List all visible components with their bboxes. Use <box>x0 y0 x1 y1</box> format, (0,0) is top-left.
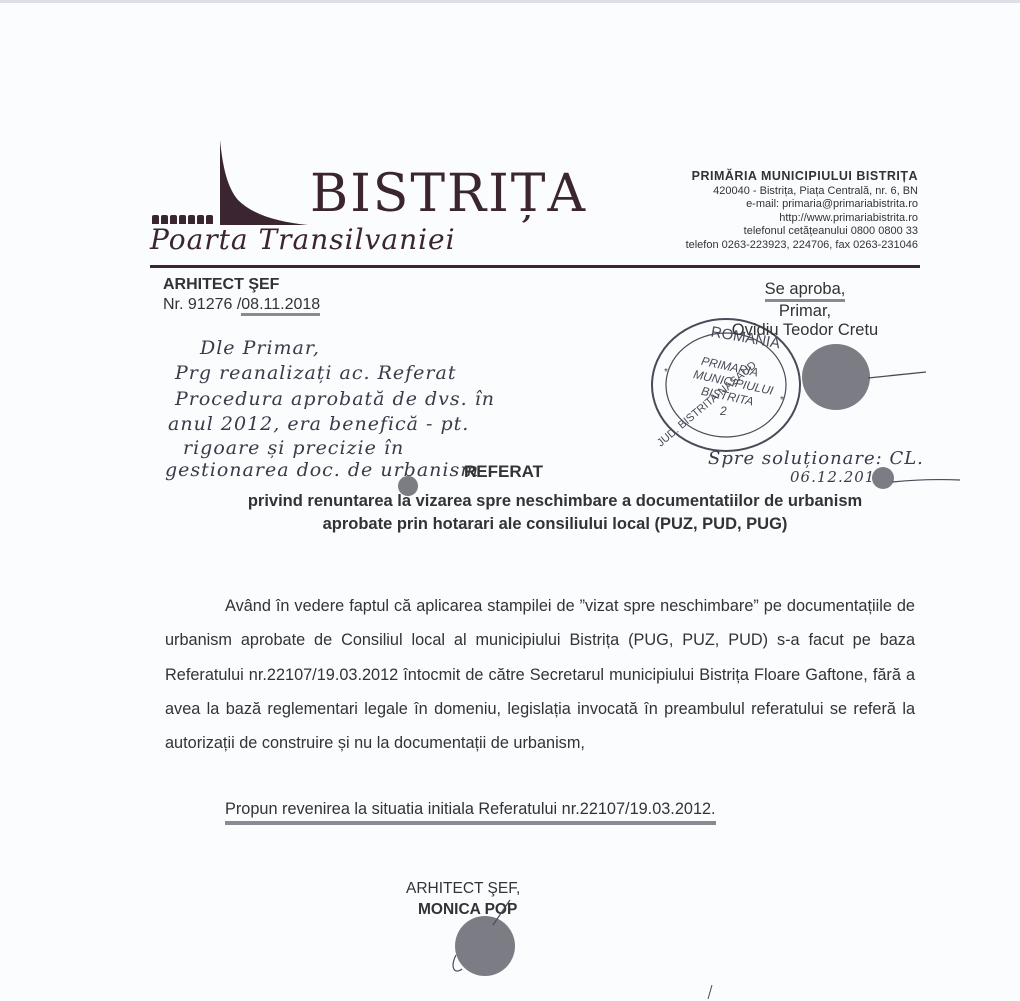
signature-stroke-icon <box>892 472 962 492</box>
subject-line: aprobate prin hotarari ale consiliului l… <box>160 513 950 536</box>
signature-stroke-icon <box>448 895 528 975</box>
citizen-phone: telefonul cetățeanului 0800 0800 33 <box>686 225 918 239</box>
svg-text:*: * <box>780 395 784 406</box>
reg-date: 08.11.2018 <box>241 296 320 316</box>
handwritten-line: Dle Primar, <box>200 337 320 359</box>
website: http://www.primariabistrita.ro <box>686 212 918 226</box>
institution-name: PRIMĂRIA MUNICIPIULUI BISTRIȚA <box>686 170 918 184</box>
redacted-initials <box>872 467 894 489</box>
logo-title: BISTRIȚA <box>310 168 587 220</box>
signature-stroke-icon <box>868 360 928 390</box>
approval-label: Se aproba, <box>765 280 846 302</box>
paragraph-text: Având în vedere faptul că aplicarea stam… <box>165 589 915 760</box>
handwritten-note: Spre soluționare: CL. <box>708 448 924 469</box>
redacted-signature-mayor <box>802 344 870 410</box>
reg-prefix: Nr. 91276 / <box>163 296 241 313</box>
approval-name: Ovidiu Teodor Cretu <box>700 321 910 340</box>
svg-text:*: * <box>664 367 668 378</box>
svg-text:2: 2 <box>719 404 727 418</box>
document-title: REFERAT <box>464 462 543 482</box>
proposal-line: Propun revenirea la situatia initiala Re… <box>225 800 716 825</box>
scan-mark <box>700 985 720 1001</box>
handwritten-line: Prg reanalizați ac. Referat <box>175 362 456 384</box>
department: ARHITECT ŞEF <box>163 276 279 294</box>
address: 420040 - Bistrița, Piața Centrală, nr. 6… <box>686 185 918 199</box>
handwritten-line: rigoare și precizie în <box>183 437 404 459</box>
phone-fax: telefon 0263-223923, 224706, fax 0263-23… <box>686 239 918 253</box>
document-subject: privind renuntarea la vizarea spre nesch… <box>160 490 950 536</box>
handwritten-line: Procedura aprobată de dvs. în <box>175 388 495 410</box>
header-rule <box>150 265 920 268</box>
handwritten-line: gestionarea doc. de urbanism <box>165 459 479 481</box>
approval-block: Se aproba, Primar, Ovidiu Teodor Cretu <box>700 280 910 340</box>
registration-number: Nr. 91276 /08.11.2018 <box>163 296 320 314</box>
contact-block: PRIMĂRIA MUNICIPIULUI BISTRIȚA 420040 - … <box>686 170 918 252</box>
scan-edge <box>0 0 1020 3</box>
approval-role: Primar, <box>700 302 910 321</box>
handwritten-line: anul 2012, era benefică - pt. <box>168 413 469 435</box>
logo-subtitle: Poarta Transilvaniei <box>150 226 456 254</box>
subject-line: privind renuntarea la vizarea spre nesch… <box>160 490 950 513</box>
logo-spire-icon <box>218 140 308 225</box>
email: e-mail: primaria@primariabistrita.ro <box>686 198 918 212</box>
body-paragraph: Având în vedere faptul că aplicarea stam… <box>165 589 915 760</box>
